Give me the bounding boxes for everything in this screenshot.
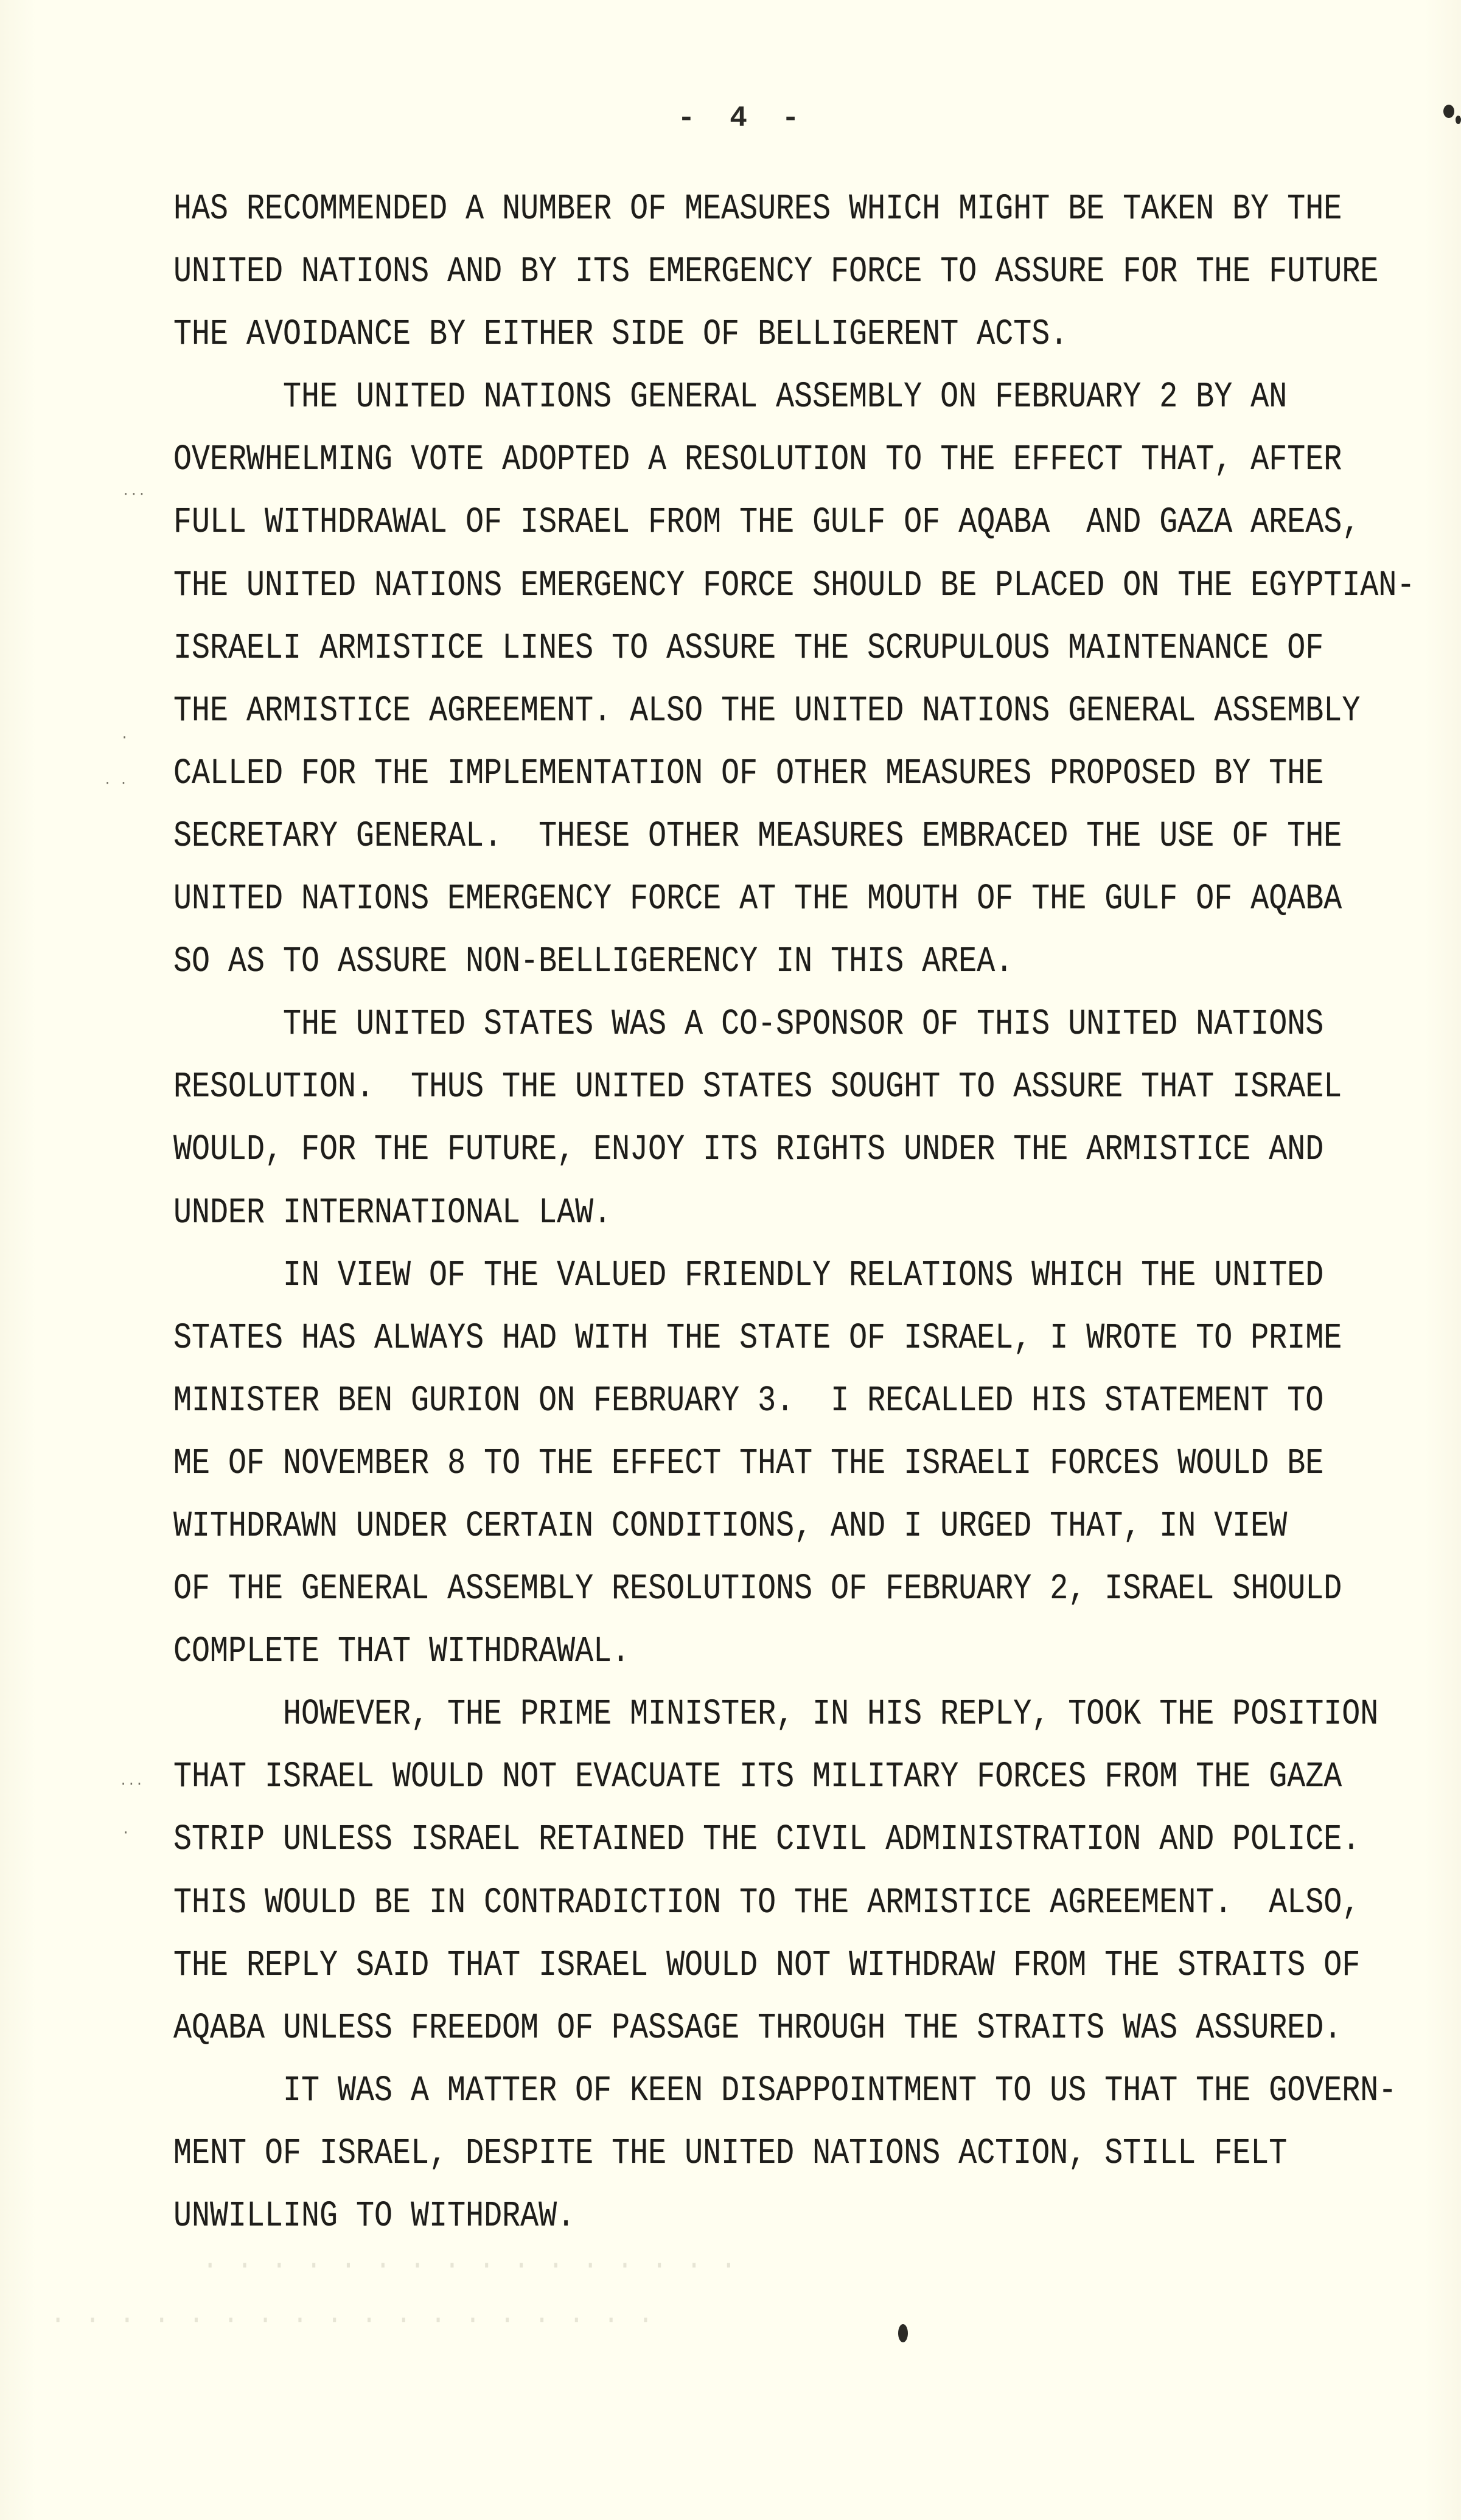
document-body: HAS RECOMMENDED A NUMBER OF MEASURES WHI… bbox=[173, 190, 1439, 2260]
margin-mark: ··· bbox=[119, 1777, 144, 1792]
margin-mark: · · bbox=[103, 776, 128, 791]
margin-mark: ··· bbox=[122, 487, 146, 502]
bleed-through-ghost-text: · · · · · · · · · · · · · · · · · · bbox=[49, 2303, 654, 2339]
page-number: - 4 - bbox=[0, 102, 1461, 135]
ink-blot bbox=[898, 2324, 908, 2342]
ink-smudge bbox=[1443, 105, 1454, 118]
ink-smudge bbox=[1456, 116, 1461, 124]
document-page: · · · · · · · · · · · · · · · · · · · · … bbox=[0, 0, 1461, 2520]
text-line: UNWILLING TO WITHDRAW. bbox=[173, 2197, 1439, 2271]
margin-mark: · bbox=[122, 1825, 130, 1840]
page-number-text: - 4 - bbox=[677, 102, 807, 135]
margin-mark: · bbox=[120, 730, 128, 745]
